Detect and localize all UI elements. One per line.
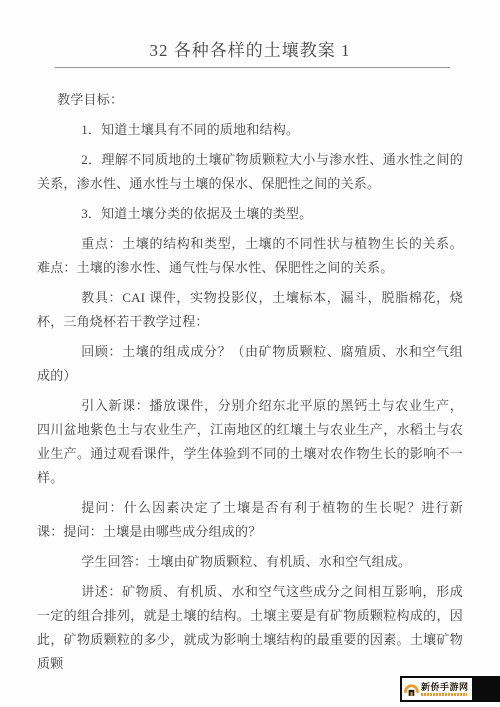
- page-title: 32 各种各样的土壤教案 1: [0, 0, 500, 64]
- paragraph-lesson-intro: 引入新课：播放课件，分别介绍东北平原的黑钙土与农业生产，四川盆地紫色土与农业生产…: [37, 394, 463, 490]
- paragraph-key-points: 重点：土壤的结构和类型，土壤的不同性状与植物生长的关系。难点：土壤的渗水性、通气…: [37, 232, 463, 280]
- paragraph-goal-1: 1．知道土壤具有不同的质地和结构。: [37, 118, 463, 142]
- paragraph-teaching-goals-label: 教学目标：: [37, 88, 463, 112]
- paragraph-review: 回顾：土壤的组成成分？（由矿物质颗粒、腐殖质、水和空气组成的）: [37, 340, 463, 388]
- watermark-subtext-bar: [421, 693, 467, 696]
- paragraph-goal-3: 3．知道土壤分类的依据及土壤的类型。: [37, 202, 463, 226]
- house-icon: [404, 682, 419, 697]
- paragraph-student-answer: 学生回答：土壤由矿物质颗粒、有机质、水和空气组成。: [37, 550, 463, 574]
- paragraph-goal-2: 2．理解不同质地的土壤矿物质颗粒大小与渗水性、通水性之间的关系，渗水性、通水性与…: [37, 148, 463, 196]
- paragraph-question: 提问：什么因素决定了土壤是否有利于植物的生长呢？进行新课：提问：土壤是由哪些成分…: [37, 496, 463, 544]
- watermark-label: 新侨手游网: [402, 678, 472, 700]
- watermark-site-name: 新侨手游网: [421, 683, 469, 692]
- paragraph-lecture: 讲述：矿物质、有机质、水和空气这些成分之间相互影响，形成一定的组合排列，就是土壤…: [37, 580, 463, 676]
- paragraph-teaching-aids: 教具：CAI 课件，实物投影仪，土壤标本，漏斗，脱脂棉花，烧杯，三角烧杯若干教学…: [37, 286, 463, 334]
- watermark-text-wrap: 新侨手游网: [421, 683, 469, 696]
- document-body: 教学目标： 1．知道土壤具有不同的质地和结构。 2．理解不同质地的土壤矿物质颗粒…: [0, 68, 500, 676]
- watermark-logo: 新侨手游网: [400, 676, 500, 702]
- document-page: 32 各种各样的土壤教案 1 教学目标： 1．知道土壤具有不同的质地和结构。 2…: [0, 0, 500, 707]
